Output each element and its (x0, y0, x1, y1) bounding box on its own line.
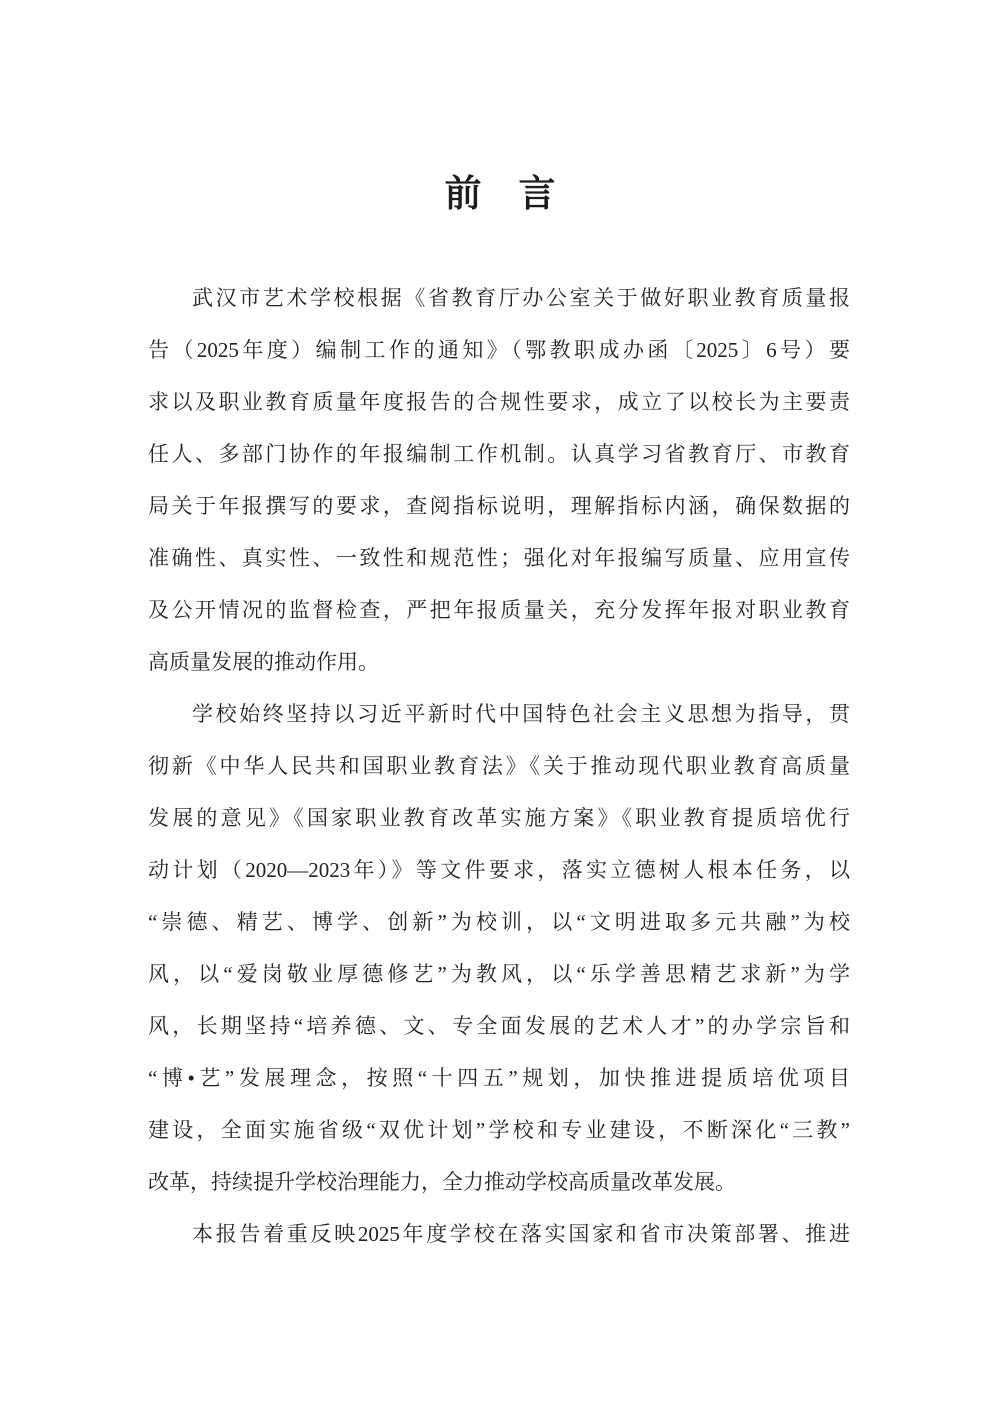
text-line: 改革，持续提升学校治理能力，全力推动学校高质量改革发展。 (148, 1156, 850, 1208)
text-line: 彻新《中华人民共和国职业教育法》《关于推动现代职业教育高质量 (148, 740, 850, 792)
paragraph-report-focus: 本报告着重反映2025年度学校在落实国家和省市决策部署、推进 (148, 1208, 850, 1260)
text-line: 学校始终坚持以习近平新时代中国特色社会主义思想为指导，贯 (148, 688, 850, 740)
text-line: “崇德、精艺、博学、创新”为校训，以“文明进取多元共融”为校 (148, 896, 850, 948)
text-line: 告（2025年度）编制工作的通知》（鄂教职成办函〔2025〕6号）要 (148, 324, 850, 376)
text-line: 建设，全面实施省级“双优计划”学校和专业建设，不断深化“三教” (148, 1104, 850, 1156)
text-line: “博•艺”发展理念，按照“十四五”规划，加快推进提质培优项目 (148, 1052, 850, 1104)
text-line: 局关于年报撰写的要求，查阅指标说明，理解指标内涵，确保数据的 (148, 480, 850, 532)
text-line: 发展的意见》《国家职业教育改革实施方案》《职业教育提质培优行 (148, 792, 850, 844)
text-line: 高质量发展的推动作用。 (148, 636, 850, 688)
paragraph-guiding-principles: 学校始终坚持以习近平新时代中国特色社会主义思想为指导，贯彻新《中华人民共和国职业… (148, 688, 850, 1208)
text-line: 及公开情况的监督检查，严把年报质量关，充分发挥年报对职业教育 (148, 584, 850, 636)
text-line: 本报告着重反映2025年度学校在落实国家和省市决策部署、推进 (148, 1208, 850, 1260)
document-body: 武汉市艺术学校根据《省教育厅办公室关于做好职业教育质量报告（2025年度）编制工… (148, 272, 850, 1260)
page-title: 前 言 (0, 172, 1000, 218)
text-line: 风，长期坚持“培养德、文、专全面发展的艺术人才”的办学宗旨和 (148, 1000, 850, 1052)
text-line: 风，以“爱岗敬业厚德修艺”为教风，以“乐学善思精艺求新”为学 (148, 948, 850, 1000)
paragraph-intro-mechanism: 武汉市艺术学校根据《省教育厅办公室关于做好职业教育质量报告（2025年度）编制工… (148, 272, 850, 688)
text-line: 求以及职业教育质量年度报告的合规性要求，成立了以校长为主要责 (148, 376, 850, 428)
document-page: 前 言 武汉市艺术学校根据《省教育厅办公室关于做好职业教育质量报告（2025年度… (0, 0, 1000, 1414)
text-line: 动计划（2020—2023年）》等文件要求，落实立德树人根本任务，以 (148, 844, 850, 896)
text-line: 准确性、真实性、一致性和规范性；强化对年报编写质量、应用宣传 (148, 532, 850, 584)
text-line: 任人、多部门协作的年报编制工作机制。认真学习省教育厅、市教育 (148, 428, 850, 480)
text-line: 武汉市艺术学校根据《省教育厅办公室关于做好职业教育质量报 (148, 272, 850, 324)
